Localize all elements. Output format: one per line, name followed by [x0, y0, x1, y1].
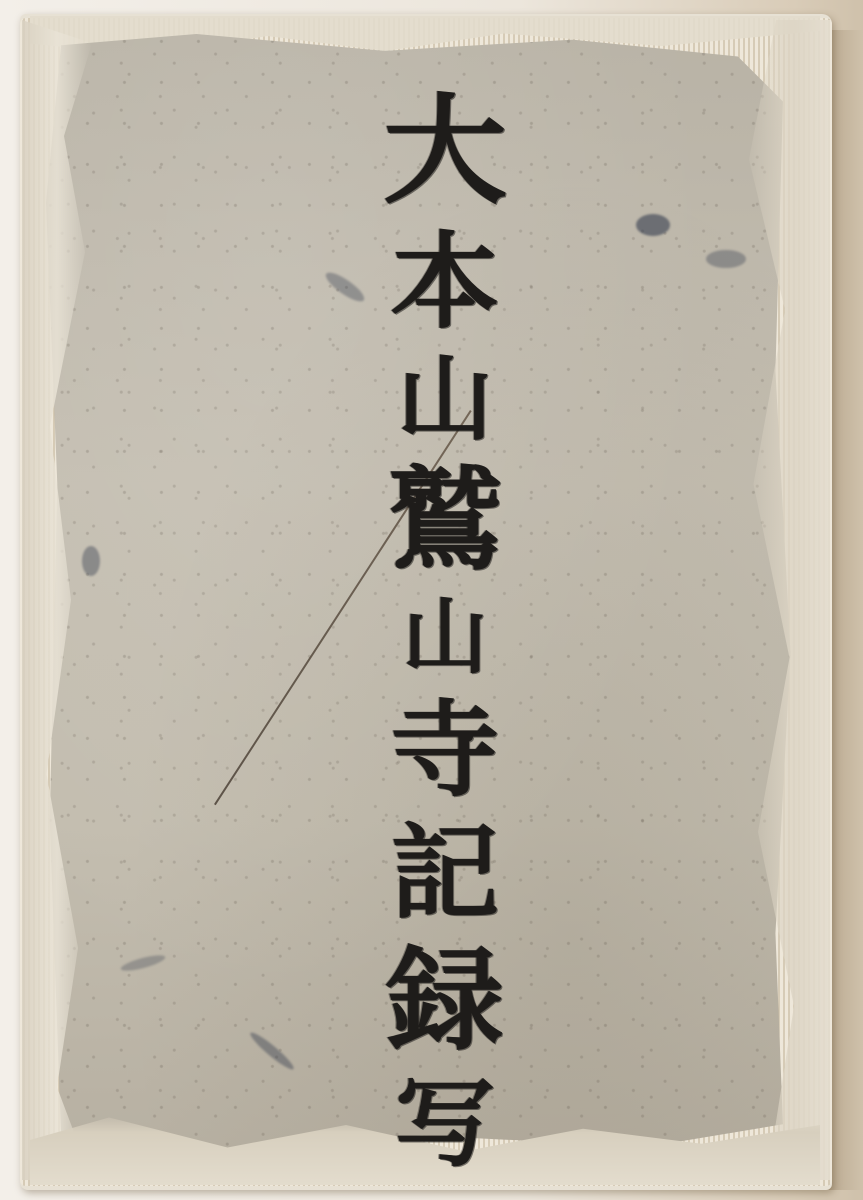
title-char: 記 [390, 821, 499, 925]
title-char: 山 [402, 596, 488, 678]
ink-stain [706, 250, 746, 268]
photo-stage: 大 本 山 鷲 山 寺 記 録 写 [0, 0, 863, 1200]
title-char: 鷲 [386, 465, 504, 577]
ink-stain [636, 214, 670, 236]
title-char: 録 [386, 945, 504, 1057]
title-char: 山 [397, 353, 494, 445]
ink-stain [82, 546, 100, 576]
title-char: 寺 [390, 698, 499, 802]
title-char: 大 [383, 92, 507, 210]
title-char: 本 [390, 230, 499, 334]
cover-title: 大 本 山 鷲 山 寺 記 録 写 [360, 92, 530, 1172]
title-char: 写 [395, 1076, 496, 1172]
